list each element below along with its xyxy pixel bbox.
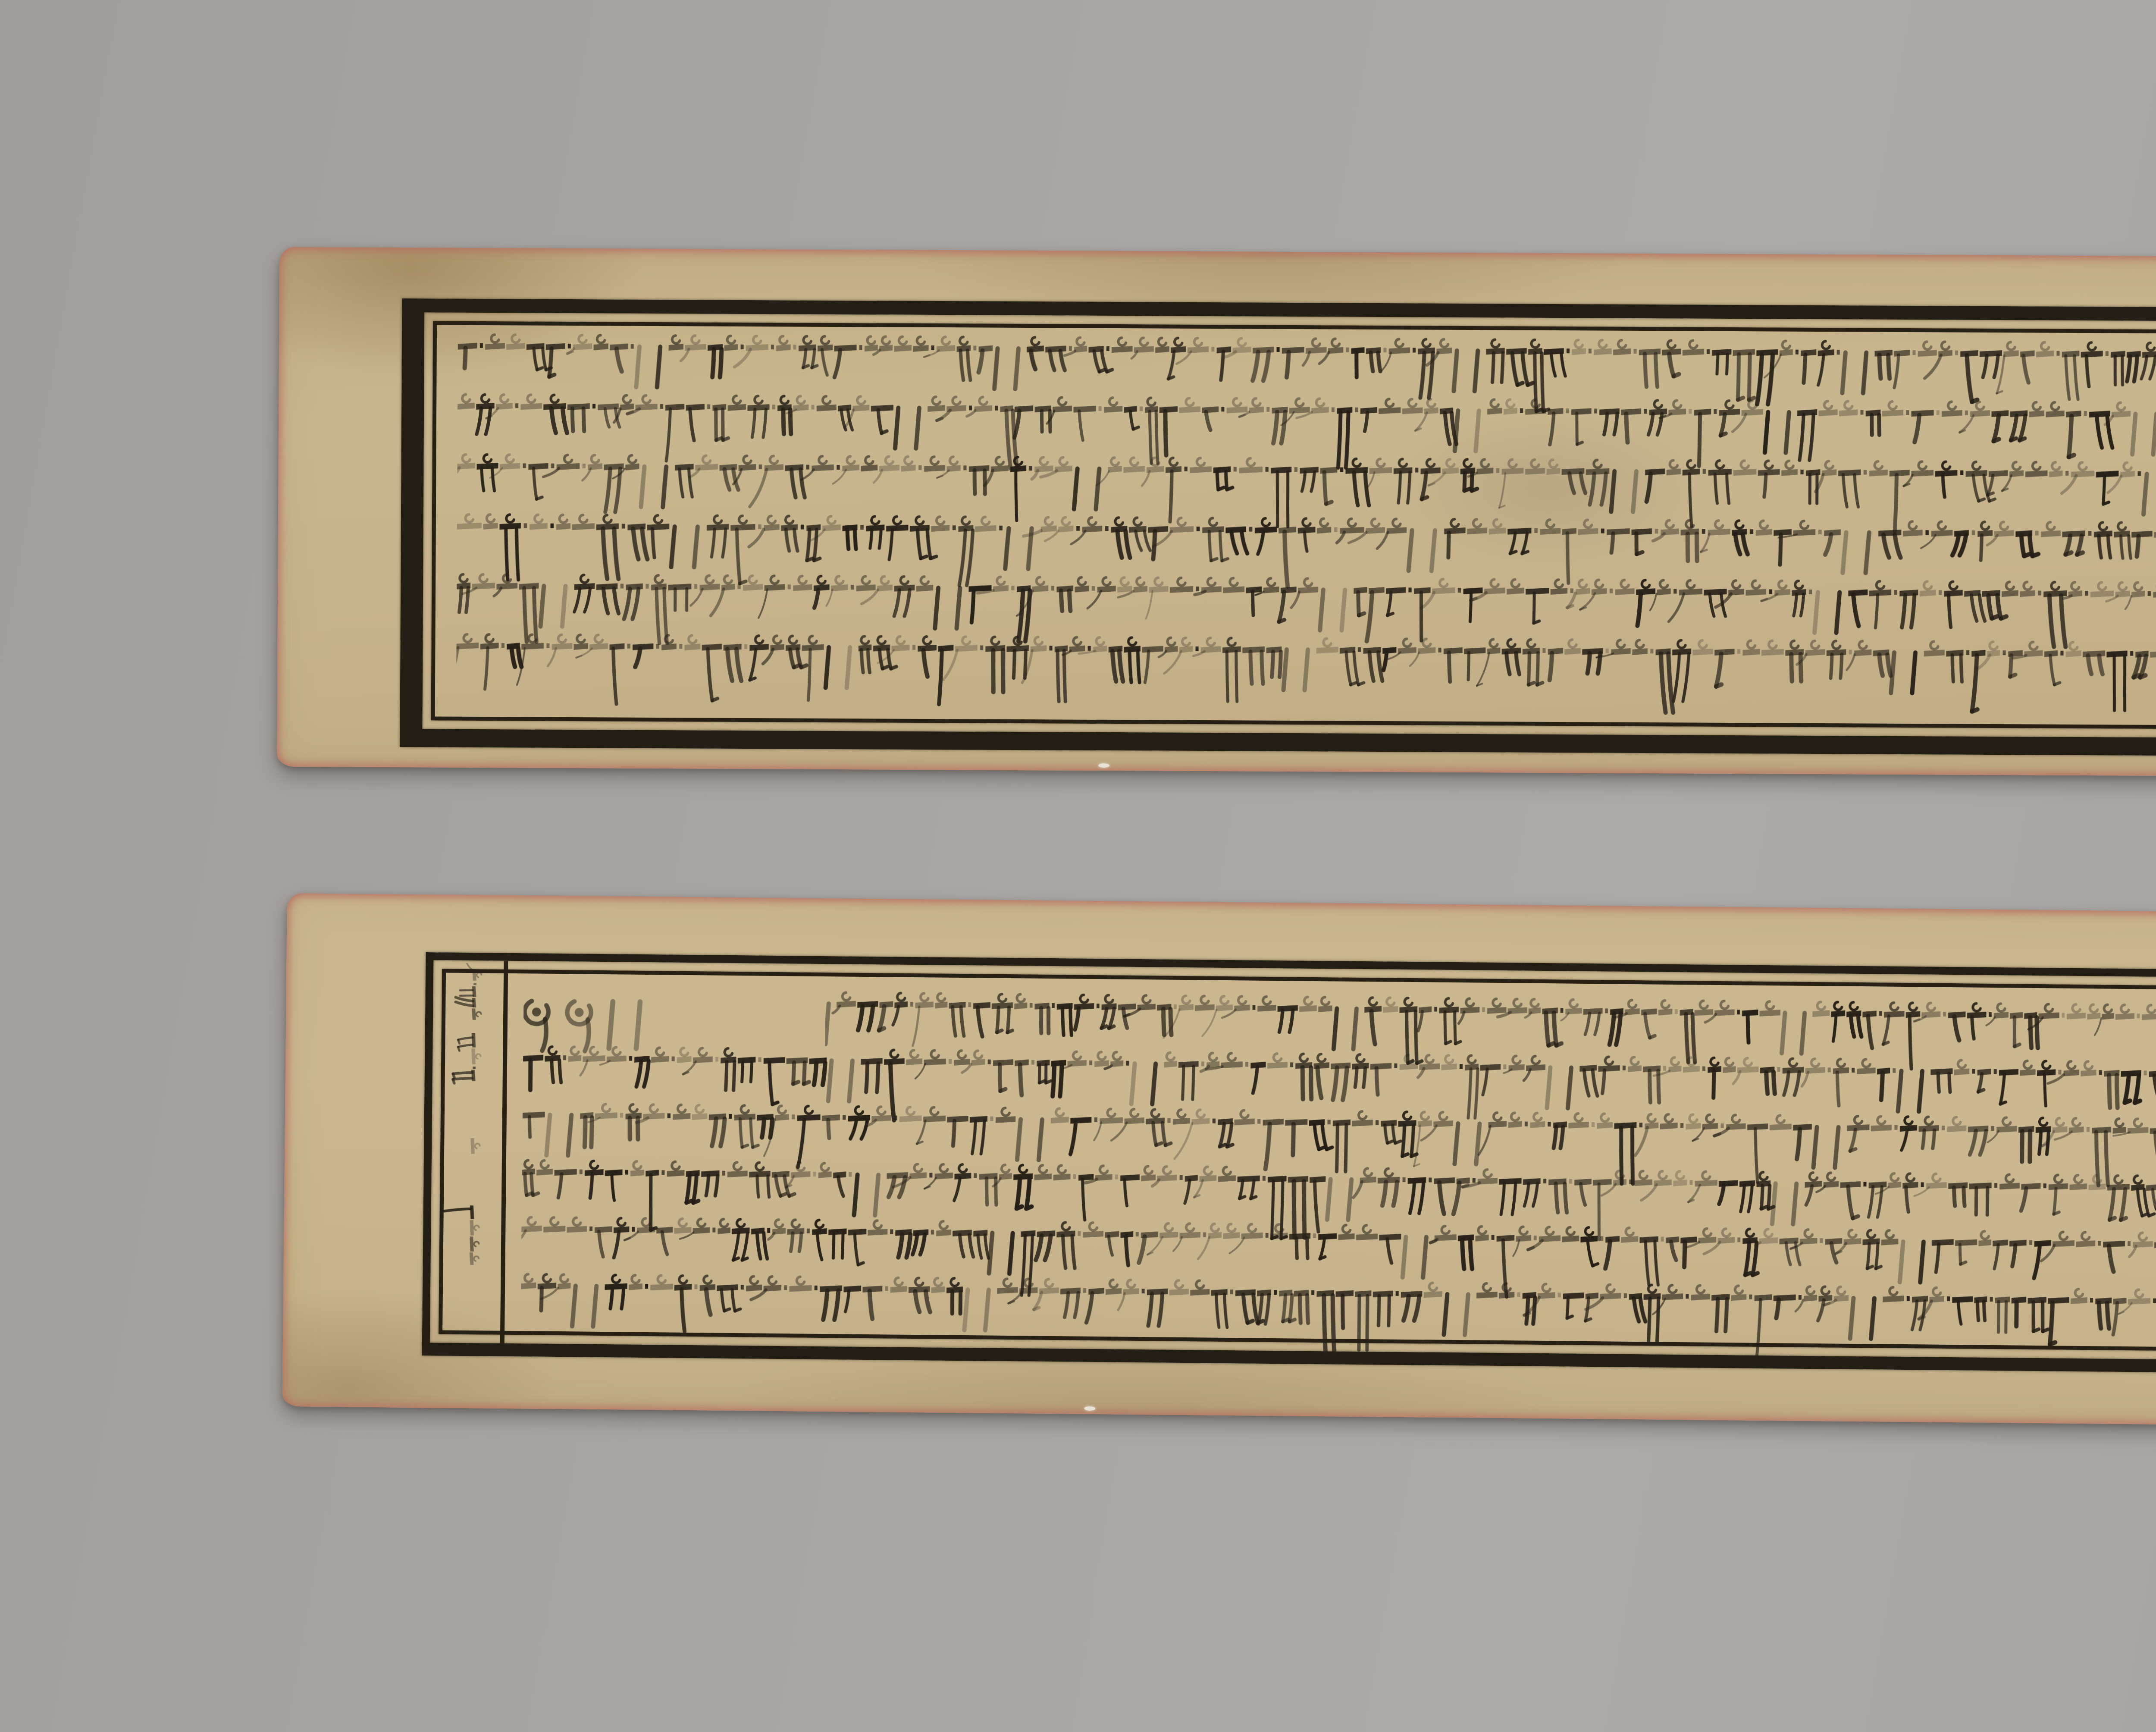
photograph-background bbox=[0, 0, 2156, 1732]
script-line bbox=[520, 1264, 2156, 1371]
printed-text-frame bbox=[422, 952, 2156, 1374]
manuscript-leaf-upper bbox=[277, 247, 2156, 778]
text-block bbox=[424, 312, 2156, 321]
text-block bbox=[433, 960, 2156, 978]
script-line bbox=[456, 624, 2156, 724]
paper-fiber bbox=[1084, 1406, 1095, 1411]
margin-column bbox=[430, 960, 508, 1343]
printed-text-frame bbox=[400, 298, 2156, 756]
marginalia-script bbox=[431, 963, 499, 1334]
paper-fiber bbox=[1098, 763, 1109, 768]
manuscript-leaf-lower bbox=[282, 893, 2156, 1427]
